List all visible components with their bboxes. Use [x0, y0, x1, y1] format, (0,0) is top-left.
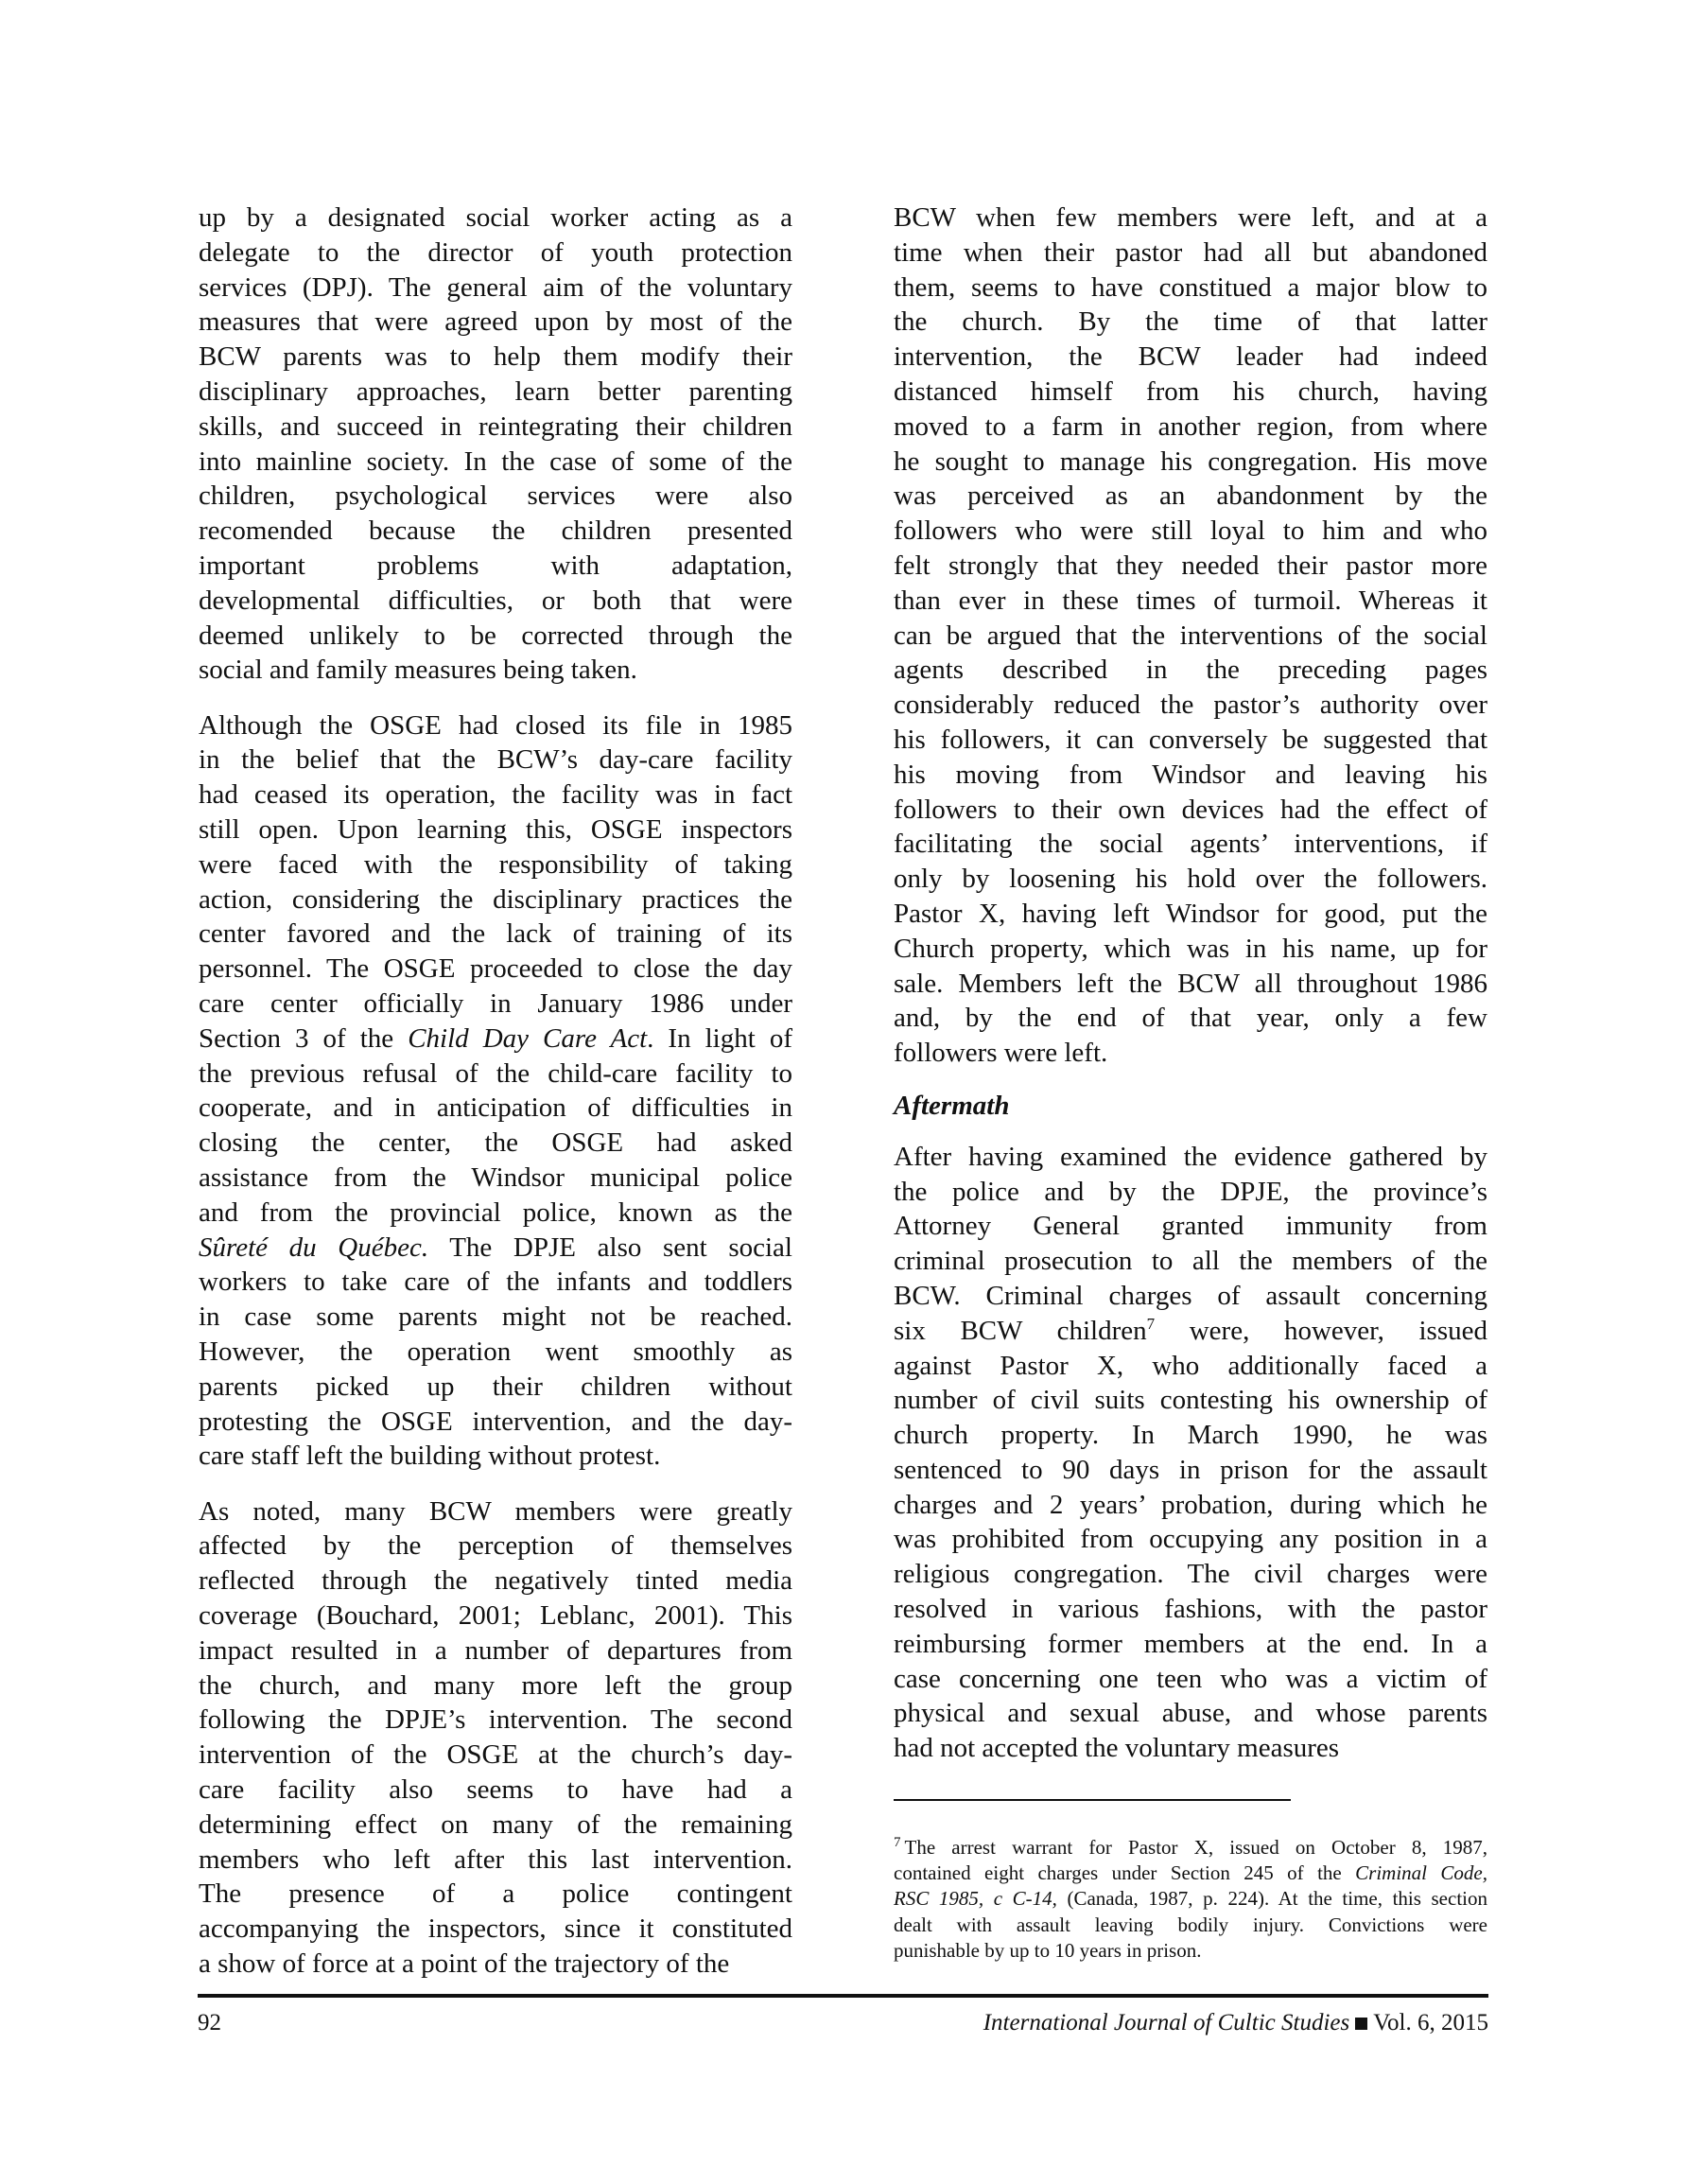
text-line: workers to take care of the infants and …: [199, 1265, 792, 1300]
text-line: following the DPJE’s intervention. The s…: [199, 1703, 792, 1738]
text-line: personnel. The OSGE proceeded to close t…: [199, 952, 792, 987]
text-line: charges and 2 years’ probation, during w…: [894, 1488, 1487, 1523]
journal-page: up by a designated social worker acting …: [0, 0, 1687, 2184]
text-line: BCW. Criminal charges of assault concern…: [894, 1279, 1487, 1314]
footnote: 7The arrest warrant for Pastor X, issued…: [894, 1835, 1487, 1964]
text-line: important problems with adaptation,: [199, 549, 792, 584]
text-line: disciplinary approaches, learn better pa…: [199, 375, 792, 410]
text-line: only by loosening his hold over the foll…: [894, 862, 1487, 897]
black-square-icon: [1355, 2018, 1367, 2030]
text-line: closing the center, the OSGE had asked: [199, 1126, 792, 1161]
text-line: distanced himself from his church, havin…: [894, 375, 1487, 410]
text-line: his followers, it can conversely be sugg…: [894, 723, 1487, 758]
text-line: six BCW children7 were, however, issued: [894, 1314, 1487, 1349]
text-line: parents picked up their children without: [199, 1370, 792, 1405]
text-line: agents described in the preceding pages: [894, 653, 1487, 688]
text-line: case concerning one teen who was a victi…: [894, 1662, 1487, 1697]
italic-text: Criminal Code,: [1355, 1861, 1487, 1884]
text-line: had ceased its operation, the facility w…: [199, 778, 792, 812]
footnote-line: dealt with assault leaving bodily injury…: [894, 1913, 1487, 1938]
paragraph: Although the OSGE had closed its file in…: [199, 708, 792, 1475]
text-line: followers to their own devices had the e…: [894, 793, 1487, 828]
text-line: sentenced to 90 days in prison for the a…: [894, 1453, 1487, 1488]
text-line: in the belief that the BCW’s day-care fa…: [199, 743, 792, 778]
text-line: coverage (Bouchard, 2001; Leblanc, 2001)…: [199, 1599, 792, 1634]
text-line: reimbursing former members at the end. I…: [894, 1627, 1487, 1662]
text-line: considerably reduced the pastor’s author…: [894, 688, 1487, 723]
text-line: facilitating the social agents’ interven…: [894, 827, 1487, 862]
text-line: religious congregation. The civil charge…: [894, 1557, 1487, 1592]
text-line: care facility also seems to have had a: [199, 1773, 792, 1808]
text-line: delegate to the director of youth protec…: [199, 236, 792, 271]
text-line: members who left after this last interve…: [199, 1843, 792, 1878]
text-line: care center officially in January 1986 u…: [199, 987, 792, 1022]
text-line: were faced with the responsibility of ta…: [199, 847, 792, 882]
text-line: Attorney General granted immunity from: [894, 1209, 1487, 1244]
text-line: impact resulted in a number of departure…: [199, 1634, 792, 1669]
text-line: determining effect on many of the remain…: [199, 1808, 792, 1843]
text-line: criminal prosecution to all the members …: [894, 1244, 1487, 1279]
text-line: number of civil suits contesting his own…: [894, 1383, 1487, 1418]
text-line: Section 3 of the Child Day Care Act. In …: [199, 1022, 792, 1057]
text-line: Sûreté du Québec. The DPJE also sent soc…: [199, 1231, 792, 1266]
text-line: BCW parents was to help them modify thei…: [199, 340, 792, 375]
footer-rule: [198, 1994, 1488, 1998]
text-line: skills, and succeed in reintegrating the…: [199, 410, 792, 445]
text-line: Although the OSGE had closed its file in…: [199, 708, 792, 743]
italic-text: RSC 1985, c C-14,: [894, 1887, 1057, 1910]
text-line: his moving from Windsor and leaving his: [894, 758, 1487, 793]
text-line: felt strongly that they needed their pas…: [894, 549, 1487, 584]
text-line: the previous refusal of the child-care f…: [199, 1057, 792, 1092]
journal-title: International Journal of Cultic Studies: [983, 2010, 1349, 2035]
footnote-line: contained eight charges under Section 24…: [894, 1861, 1487, 1886]
text-line: deemed unlikely to be corrected through …: [199, 619, 792, 654]
page-footer: 92 International Journal of Cultic Studi…: [198, 2007, 1488, 2039]
text-line: measures that were agreed upon by most o…: [199, 305, 792, 340]
text-line: up by a designated social worker acting …: [199, 201, 792, 236]
text-line: social and family measures being taken.: [199, 653, 792, 688]
text-line: BCW when few members were left, and at a: [894, 201, 1487, 236]
text-line: care staff left the building without pro…: [199, 1439, 792, 1474]
text-line: sale. Members left the BCW all throughou…: [894, 967, 1487, 1002]
text-line: followers who were still loyal to him an…: [894, 514, 1487, 549]
text-line: assistance from the Windsor municipal po…: [199, 1161, 792, 1196]
text-line: he sought to manage his congregation. Hi…: [894, 445, 1487, 480]
text-line: the church. By the time of that latter: [894, 305, 1487, 340]
text-line: reflected through the negatively tinted …: [199, 1564, 792, 1599]
page-number: 92: [198, 2007, 221, 2039]
text-line: into mainline society. In the case of so…: [199, 445, 792, 480]
text-line: resolved in various fashions, with the p…: [894, 1592, 1487, 1627]
text-line: developmental difficulties, or both that…: [199, 584, 792, 619]
footnote-line: punishable by up to 10 years in prison.: [894, 1938, 1487, 1964]
footnote-line: RSC 1985, c C-14, (Canada, 1987, p. 224)…: [894, 1886, 1487, 1912]
text-line: the church, and many more left the group: [199, 1669, 792, 1704]
paragraph: BCW when few members were left, and at a…: [894, 201, 1487, 1071]
text-line: had not accepted the voluntary measures: [894, 1731, 1487, 1766]
text-line: the police and by the DPJE, the province…: [894, 1175, 1487, 1210]
text-line: them, seems to have constitued a major b…: [894, 271, 1487, 306]
text-line: intervention, the BCW leader had indeed: [894, 340, 1487, 375]
footnote-separator: [894, 1799, 1291, 1801]
paragraph: After having examined the evidence gathe…: [894, 1140, 1487, 1766]
left-column: up by a designated social worker acting …: [199, 201, 792, 1982]
text-line: physical and sexual abuse, and whose par…: [894, 1696, 1487, 1731]
text-line: moved to a farm in another region, from …: [894, 410, 1487, 445]
paragraph: As noted, many BCW members were greatlya…: [199, 1494, 792, 1982]
journal-volume: Vol. 6, 2015: [1373, 2010, 1488, 2035]
text-line: still open. Upon learning this, OSGE ins…: [199, 812, 792, 847]
text-line: and from the provincial police, known as…: [199, 1196, 792, 1231]
footnote-number: 7: [894, 1835, 901, 1850]
text-line: protesting the OSGE intervention, and th…: [199, 1405, 792, 1440]
footnote-line: 7The arrest warrant for Pastor X, issued…: [894, 1835, 1487, 1861]
text-line: and, by the end of that year, only a few: [894, 1001, 1487, 1036]
text-line: However, the operation went smoothly as: [199, 1335, 792, 1370]
text-line: church property. In March 1990, he was: [894, 1418, 1487, 1453]
text-line: intervention of the OSGE at the church’s…: [199, 1738, 792, 1773]
text-line: recomended because the children presente…: [199, 514, 792, 549]
text-line: can be argued that the interventions of …: [894, 619, 1487, 654]
journal-citation: International Journal of Cultic StudiesV…: [983, 2007, 1488, 2039]
italic-text: Child Day Care Act: [408, 1023, 647, 1054]
text-line: against Pastor X, who additionally faced…: [894, 1349, 1487, 1384]
italic-text: Sûreté du Québec.: [199, 1232, 428, 1263]
text-line: a show of force at a point of the trajec…: [199, 1947, 792, 1982]
text-line: Church property, which was in his name, …: [894, 932, 1487, 967]
text-line: was prohibited from occupying any positi…: [894, 1522, 1487, 1557]
footnote-reference[interactable]: 7: [1147, 1315, 1156, 1333]
text-line: Pastor X, having left Windsor for good, …: [894, 897, 1487, 932]
section-heading: Aftermath: [894, 1089, 1487, 1124]
text-line: action, considering the disciplinary pra…: [199, 882, 792, 917]
text-line: than ever in these times of turmoil. Whe…: [894, 584, 1487, 619]
text-line: After having examined the evidence gathe…: [894, 1140, 1487, 1175]
text-line: accompanying the inspectors, since it co…: [199, 1912, 792, 1947]
text-line: in case some parents might not be reache…: [199, 1300, 792, 1335]
text-line: children, psychological services were al…: [199, 479, 792, 514]
text-line: affected by the perception of themselves: [199, 1529, 792, 1564]
text-line: time when their pastor had all but aband…: [894, 236, 1487, 271]
text-line: center favored and the lack of training …: [199, 917, 792, 952]
text-line: cooperate, and in anticipation of diffic…: [199, 1091, 792, 1126]
paragraph: up by a designated social worker acting …: [199, 201, 792, 688]
text-line: services (DPJ). The general aim of the v…: [199, 271, 792, 306]
text-line: followers were left.: [894, 1036, 1487, 1071]
text-line: As noted, many BCW members were greatly: [199, 1494, 792, 1529]
text-line: was perceived as an abandonment by the: [894, 479, 1487, 514]
text-line: The presence of a police contingent: [199, 1877, 792, 1912]
right-column: BCW when few members were left, and at a…: [894, 201, 1487, 1766]
